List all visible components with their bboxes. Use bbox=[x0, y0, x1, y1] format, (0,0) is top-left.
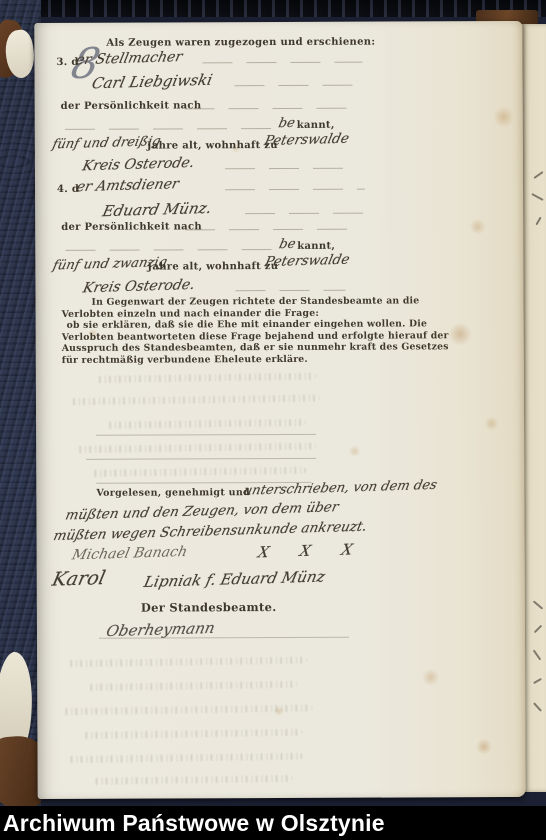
adjacent-page-writing-fragment bbox=[533, 600, 543, 609]
foxing-spot bbox=[421, 669, 440, 685]
bleed-through-line bbox=[96, 373, 316, 383]
witness4-name: Eduard Münz. bbox=[101, 199, 214, 220]
ruled-line bbox=[225, 168, 345, 170]
witness-signature-name: Michael Banach bbox=[71, 544, 189, 563]
witness3-residence: Peterswalde bbox=[263, 131, 351, 150]
paragraph-line: für rechtmäßig verbundene Eheleute erklä… bbox=[62, 353, 368, 366]
witness4-occupation: er Amtsdiener bbox=[75, 176, 180, 195]
adjacent-page-writing-fragment bbox=[533, 171, 543, 179]
ruled-line bbox=[235, 290, 345, 291]
adjacent-page-writing-fragment bbox=[533, 678, 542, 684]
adjacent-page-writing-fragment bbox=[531, 193, 543, 201]
witness4-district: Kreis Osterode. bbox=[81, 277, 196, 296]
faint-rule bbox=[96, 434, 316, 436]
witness4-age-print: Jahre alt, wohnhaft zu bbox=[147, 261, 278, 273]
ruled-line bbox=[245, 213, 365, 215]
bleed-through-line bbox=[93, 775, 293, 785]
ruled-line bbox=[65, 128, 273, 130]
foxing-spot bbox=[448, 323, 473, 345]
witness4-known-print: kannt, bbox=[297, 241, 335, 252]
bleed-through-line bbox=[67, 753, 302, 763]
bleed-through-line bbox=[87, 681, 297, 691]
signature-line2-first: Karol bbox=[50, 567, 107, 591]
ruled-line bbox=[185, 229, 361, 231]
bleed-through-line bbox=[106, 419, 306, 429]
adjacent-page-writing-fragment bbox=[533, 702, 542, 712]
adjacent-page-writing-fragment bbox=[535, 217, 541, 226]
bleed-through-line bbox=[91, 467, 306, 477]
registrar-label: Der Standesbeamte. bbox=[141, 600, 277, 615]
closing-hand-line-1: unterschrieben, von dem des bbox=[242, 478, 438, 499]
witness3-occupation: er Stellmacher bbox=[74, 49, 183, 68]
witness3-age-print: Jahre alt, wohnhaft zu bbox=[147, 140, 278, 152]
paragraph-line: In Gegenwart der Zeugen richtete der Sta… bbox=[62, 296, 368, 309]
foxing-spot bbox=[348, 446, 361, 457]
foxing-spot bbox=[493, 107, 515, 127]
witness4-personality-label: der Persönlichkeit nach bbox=[61, 221, 202, 233]
foxing-spot bbox=[469, 219, 486, 234]
paragraph-line: ob sie erklären, daß sie die Ehe mit ein… bbox=[62, 319, 368, 332]
bleed-through-line bbox=[62, 705, 312, 716]
ruled-line bbox=[185, 108, 361, 110]
register-page: 8 Als Zeugen waren zugezogen und erschie… bbox=[34, 21, 525, 799]
witness3-known-hand: be bbox=[277, 116, 296, 131]
witnesses-heading: Als Zeugen waren zugezogen und erschiene… bbox=[106, 37, 375, 49]
ruled-line bbox=[202, 62, 362, 64]
witness3-district: Kreis Osterode. bbox=[81, 155, 196, 174]
book-cover-top-edge bbox=[0, 0, 546, 17]
declaration-paragraph: In Gegenwart der Zeugen richtete der Sta… bbox=[62, 296, 368, 366]
foxing-spot bbox=[484, 417, 499, 430]
ruled-line bbox=[235, 85, 365, 87]
adjacent-page-writing-fragment bbox=[534, 625, 542, 633]
ruled-line bbox=[225, 189, 365, 191]
archive-footer-bar: Archiwum Państwowe w Olsztynie bbox=[0, 806, 546, 840]
witness3-known-print: kannt, bbox=[297, 120, 335, 131]
witness4-known-hand: be bbox=[278, 237, 297, 252]
bleed-through-line bbox=[76, 443, 316, 454]
foxing-spot bbox=[475, 739, 492, 754]
witness3-personality-label: der Persönlichkeit nach bbox=[61, 100, 202, 112]
bleed-through-line bbox=[67, 657, 307, 668]
leather-patch-bottom-left bbox=[0, 734, 41, 808]
bleed-through-line bbox=[70, 395, 320, 406]
bleed-through-line bbox=[82, 729, 302, 739]
witness3-age: fünf und dreißig bbox=[51, 134, 162, 152]
signature-line2-rest: Lipniak f. Eduard Münz bbox=[142, 567, 326, 590]
signature-underline bbox=[99, 637, 349, 639]
witness3-name: Carl Liebgiwski bbox=[90, 71, 214, 93]
adjacent-page-writing-fragment bbox=[533, 650, 542, 661]
faint-rule bbox=[86, 458, 316, 460]
closing-printed-lead: Vorgelesen, genehmigt und bbox=[96, 487, 250, 499]
witness4-residence: Peterswalde bbox=[263, 252, 351, 271]
signature-marks-crosses: X X X bbox=[256, 540, 354, 561]
ruled-line bbox=[65, 249, 273, 251]
archive-name: Archiwum Państwowe w Olsztynie bbox=[0, 806, 546, 840]
paragraph-line: Ausspruch des Standesbeamten, daß er sie… bbox=[62, 342, 368, 355]
